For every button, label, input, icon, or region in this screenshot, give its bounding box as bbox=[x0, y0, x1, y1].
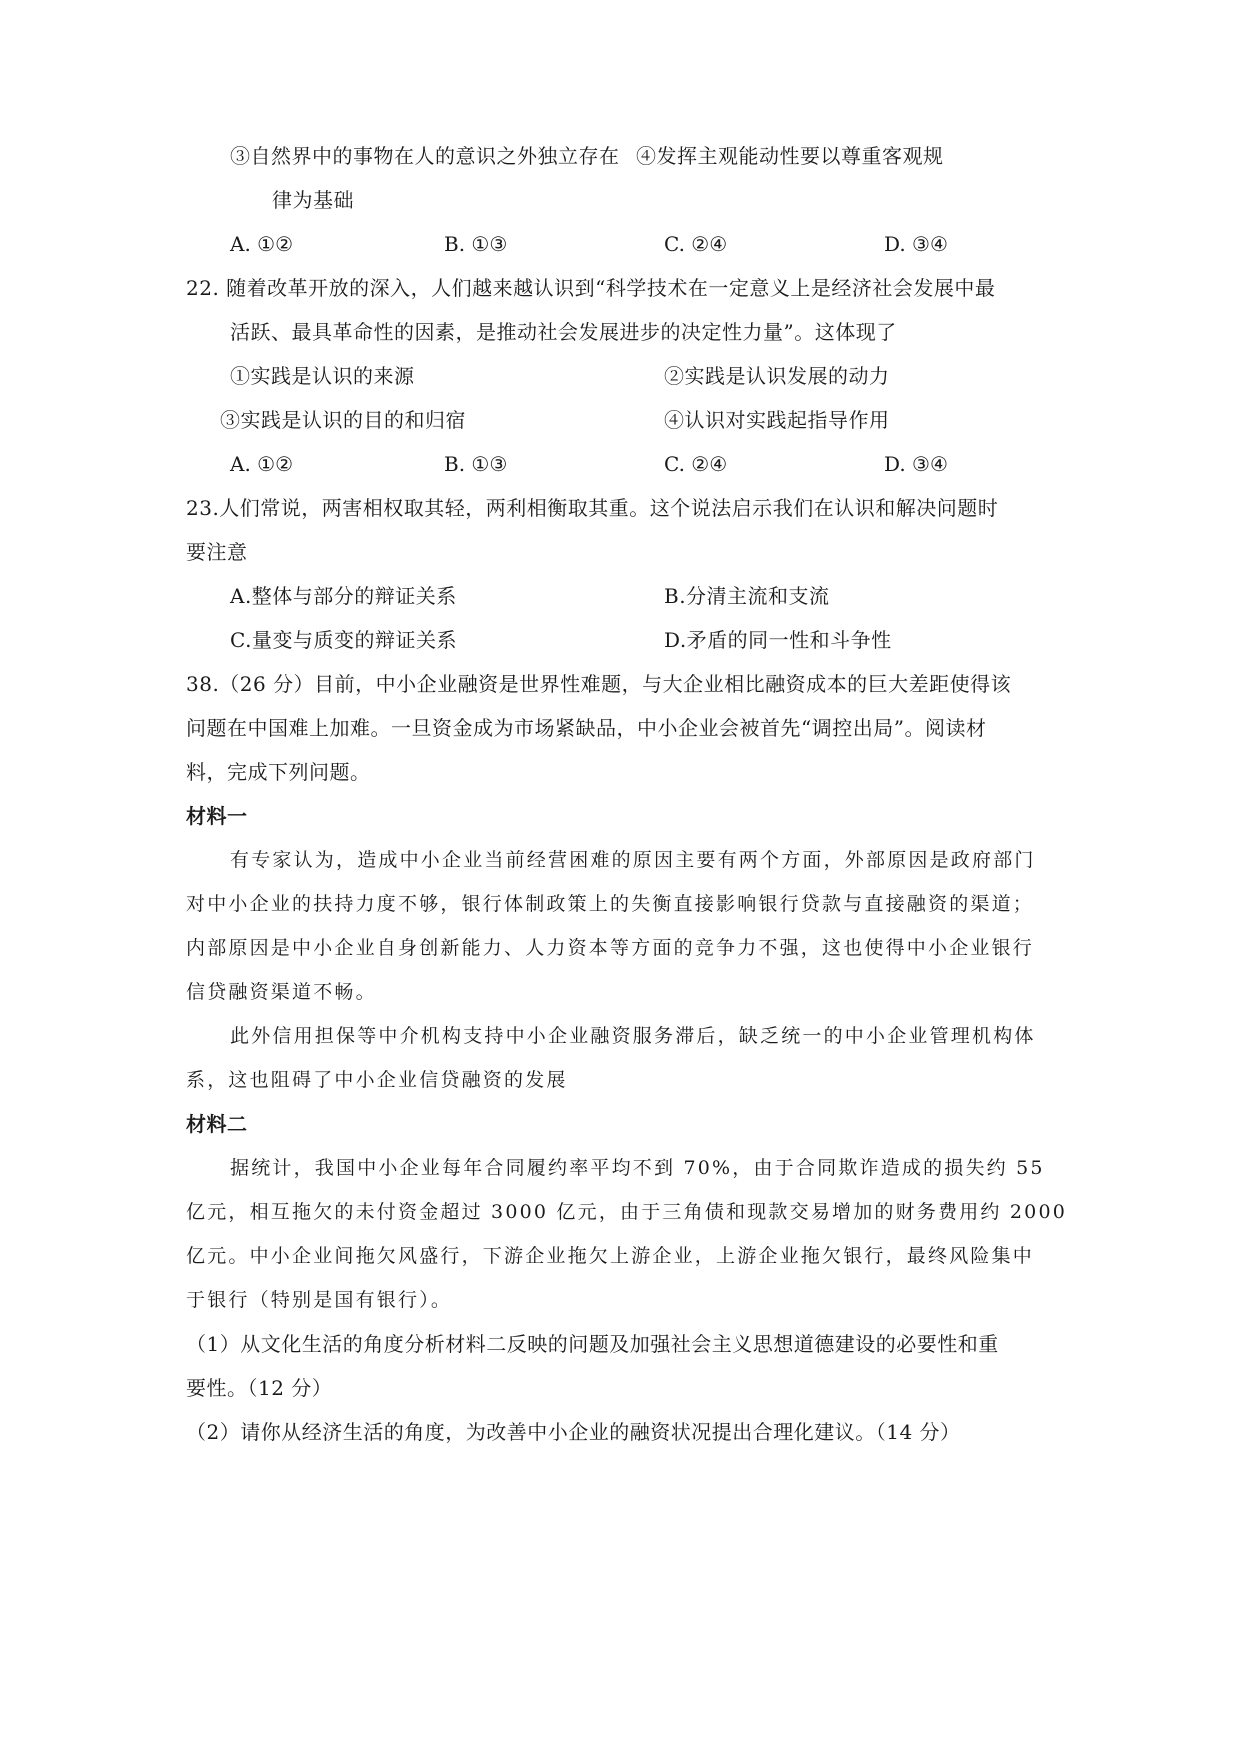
exam-page: ③自然界中的事物在人的意识之外独立存在 ④发挥主观能动性要以尊重客观规 律为基础… bbox=[0, 0, 1241, 1754]
material-2-line-3: 亿元。中小企业间拖欠风盛行，下游企业拖欠上游企业，上游企业拖欠银行，最终风险集中 bbox=[186, 1244, 1034, 1268]
material-2-line-2: 亿元，相互拖欠的未付资金超过 3000 亿元，由于三角债和现款交易增加的财务费用… bbox=[186, 1200, 1067, 1224]
q22-option-2: ②实践是认识发展的动力 bbox=[664, 364, 890, 388]
q22-stem-line-2: 活跃、最具革命性的因素，是推动社会发展进步的决定性力量”。这体现了 bbox=[230, 320, 897, 344]
q23-choice-b: B.分清主流和支流 bbox=[664, 584, 830, 608]
q21-choice-a: A. ①② bbox=[230, 232, 293, 256]
q22-option-4: ④认识对实践起指导作用 bbox=[664, 408, 890, 432]
material-1-p1-line-3: 内部原因是中小企业自身创新能力、人力资本等方面的竞争力不强，这也使得中小企业银行 bbox=[186, 936, 1034, 960]
q21-option-4: ④发挥主观能动性要以尊重客观规 bbox=[636, 144, 944, 168]
q22-choice-c: C. ②④ bbox=[664, 452, 727, 476]
q23-stem-line-2: 要注意 bbox=[186, 540, 248, 564]
q22-choice-b: B. ①③ bbox=[444, 452, 507, 476]
q23-choice-a: A.整体与部分的辩证关系 bbox=[230, 584, 457, 608]
q23-stem-line-1: 23.人们常说，两害相权取其轻，两利相衡取其重。这个说法启示我们在认识和解决问题… bbox=[186, 496, 998, 520]
q21-choice-c: C. ②④ bbox=[664, 232, 727, 256]
material-1-p1-line-2: 对中小企业的扶持力度不够，银行体制政策上的失衡直接影响银行贷款与直接融资的渠道； bbox=[186, 892, 1034, 916]
q22-choice-a: A. ①② bbox=[230, 452, 293, 476]
q21-option-4-continued: 律为基础 bbox=[272, 188, 354, 212]
q38-intro-line-2: 问题在中国难上加难。一旦资金成为市场紧缺品，中小企业会被首先“调控出局”。阅读材 bbox=[186, 716, 986, 740]
material-2-line-1: 据统计，我国中小企业每年合同履约率平均不到 70%，由于合同欺诈造成的损失约 5… bbox=[230, 1156, 1045, 1180]
q21-choice-b: B. ①③ bbox=[444, 232, 507, 256]
q38-subquestion-1-line-1: （1）从文化生活的角度分析材料二反映的问题及加强社会主义思想道德建设的必要性和重 bbox=[186, 1332, 999, 1356]
material-2-heading: 材料二 bbox=[186, 1112, 248, 1136]
q22-option-1: ①实践是认识的来源 bbox=[230, 364, 415, 388]
q38-intro-line-1: 38.（26 分）目前，中小企业融资是世界性难题，与大企业相比融资成本的巨大差距… bbox=[186, 672, 1011, 696]
q38-subquestion-2: （2）请你从经济生活的角度，为改善中小企业的融资状况提出合理化建议。（14 分） bbox=[186, 1420, 961, 1444]
q21-choice-d: D. ③④ bbox=[884, 232, 948, 256]
q21-option-3: ③自然界中的事物在人的意识之外独立存在 bbox=[230, 144, 620, 168]
material-1-heading: 材料一 bbox=[186, 804, 248, 828]
q22-stem-line-1: 22. 随着改革开放的深入，人们越来越认识到“科学技术在一定意义上是经济社会发展… bbox=[186, 276, 995, 300]
material-1-p1-line-1: 有专家认为，造成中小企业当前经营困难的原因主要有两个方面，外部原因是政府部门 bbox=[230, 848, 1036, 872]
material-2-line-4: 于银行（特别是国有银行）。 bbox=[186, 1288, 452, 1312]
material-1-p2-line-1: 此外信用担保等中介机构支持中小企业融资服务滞后，缺乏统一的中小企业管理机构体 bbox=[230, 1024, 1036, 1048]
q38-intro-line-3: 料，完成下列问题。 bbox=[186, 760, 371, 784]
q23-choice-d: D.矛盾的同一性和斗争性 bbox=[664, 628, 892, 652]
material-1-p1-line-4: 信贷融资渠道不畅。 bbox=[186, 980, 377, 1004]
q22-option-3: ③实践是认识的目的和归宿 bbox=[220, 408, 466, 432]
material-1-p2-line-2: 系，这也阻碍了中小企业信贷融资的发展 bbox=[186, 1068, 568, 1092]
q23-choice-c: C.量变与质变的辩证关系 bbox=[230, 628, 457, 652]
q22-choice-d: D. ③④ bbox=[884, 452, 948, 476]
q38-subquestion-1-line-2: 要性。（12 分） bbox=[186, 1376, 332, 1400]
